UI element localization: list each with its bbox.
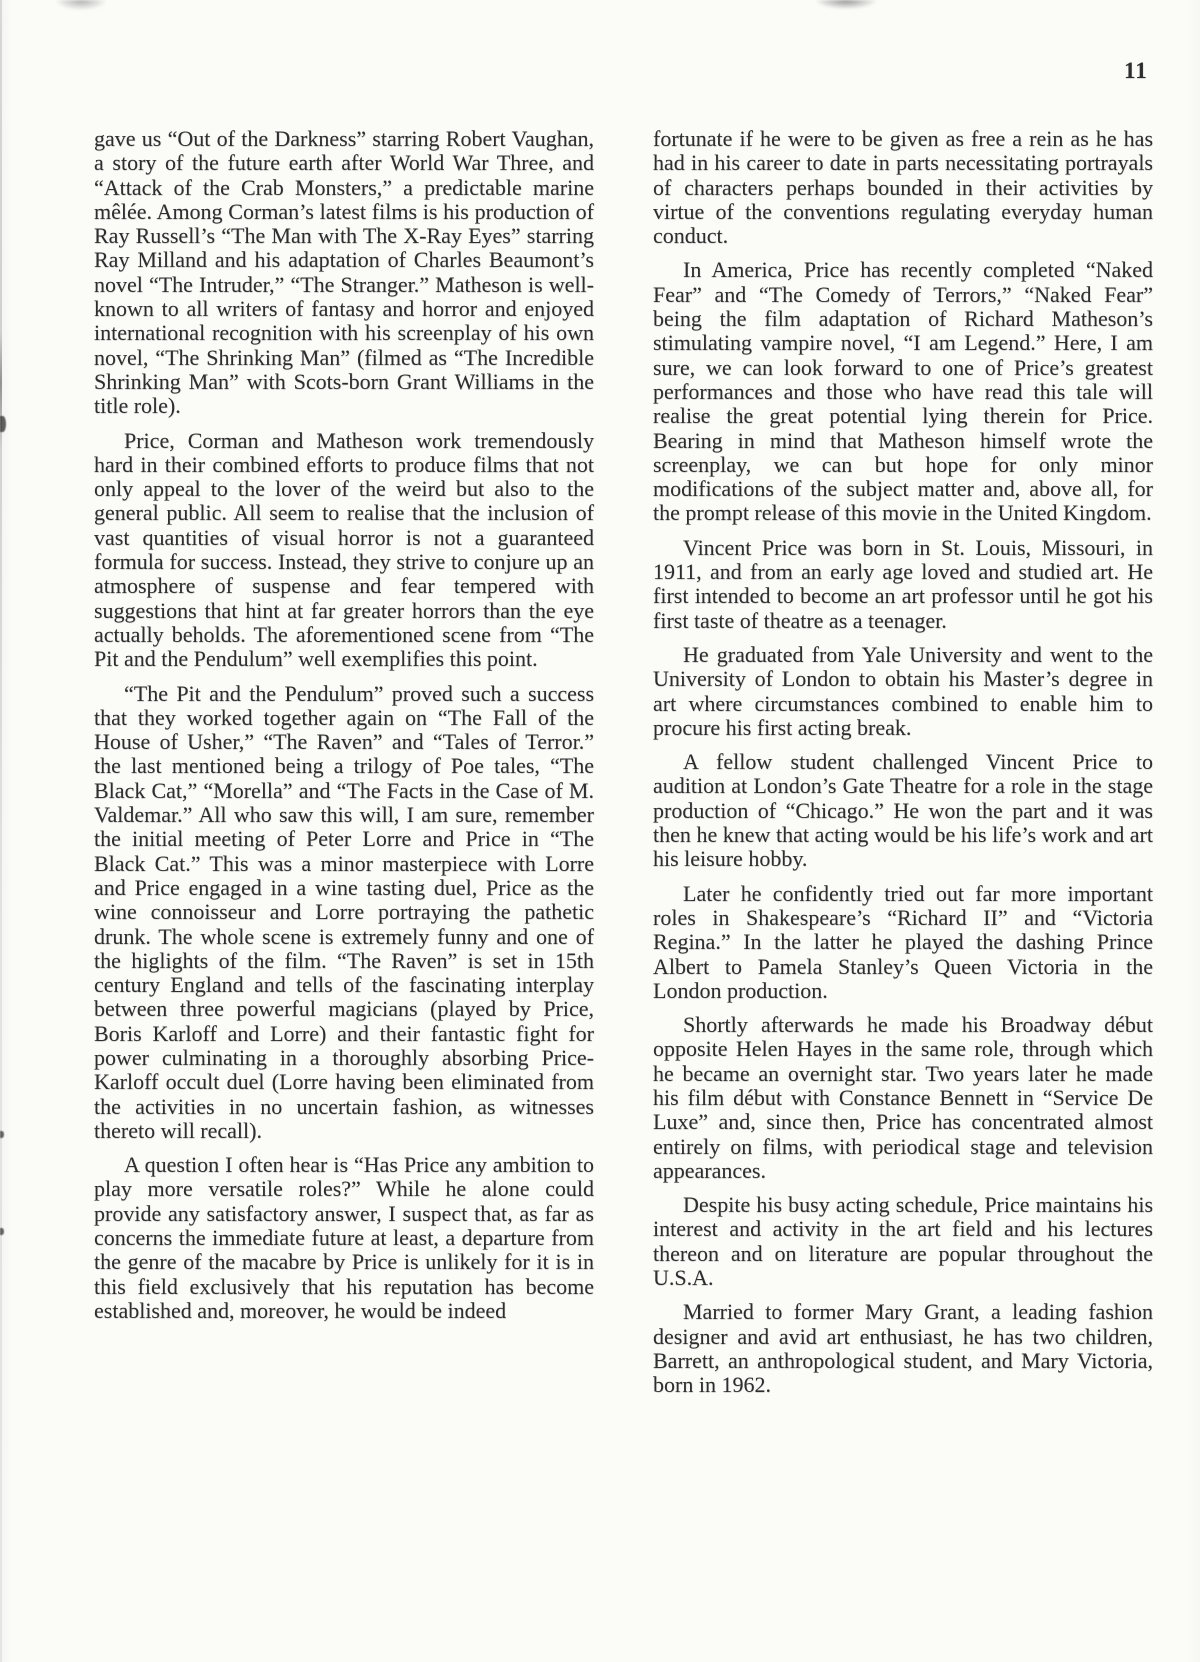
paragraph: Price, Corman and Matheson work tremendo…	[94, 429, 594, 672]
left-column: gave us “Out of the Darkness” starring R…	[94, 127, 594, 1333]
paragraph: Later he confidently tried out far more …	[653, 882, 1153, 1003]
page-number: 11	[1124, 58, 1148, 84]
scan-artifact-edge-speck	[0, 1228, 4, 1235]
paragraph: In America, Price has recently completed…	[653, 258, 1153, 525]
paragraph: “The Pit and the Pendulum” proved such a…	[94, 682, 594, 1144]
paragraph: Despite his busy acting schedule, Price …	[653, 1193, 1153, 1290]
right-column: fortunate if he were to be given as free…	[653, 127, 1153, 1408]
paragraph: A fellow student challenged Vincent Pric…	[653, 750, 1153, 871]
scanned-magazine-page: 11 gave us “Out of the Darkness” starrin…	[0, 0, 1200, 1662]
scan-artifact-top-smudge	[816, 0, 876, 9]
paragraph: Shortly afterwards he made his Broadway …	[653, 1013, 1153, 1183]
paragraph: fortunate if he were to be given as free…	[653, 127, 1153, 248]
paragraph: gave us “Out of the Darkness” starring R…	[94, 127, 594, 419]
paragraph: He graduated from Yale University and we…	[653, 643, 1153, 740]
paragraph: Vincent Price was born in St. Louis, Mis…	[653, 536, 1153, 633]
scan-artifact-edge-blob	[0, 416, 6, 432]
paragraph: A question I often hear is “Has Price an…	[94, 1153, 594, 1323]
scan-artifact-edge-speck	[0, 1131, 4, 1138]
scan-artifact-left-edge	[0, 0, 2, 1662]
scan-artifact-top-smudge	[56, 0, 106, 10]
paragraph: Married to former Mary Grant, a leading …	[653, 1300, 1153, 1397]
